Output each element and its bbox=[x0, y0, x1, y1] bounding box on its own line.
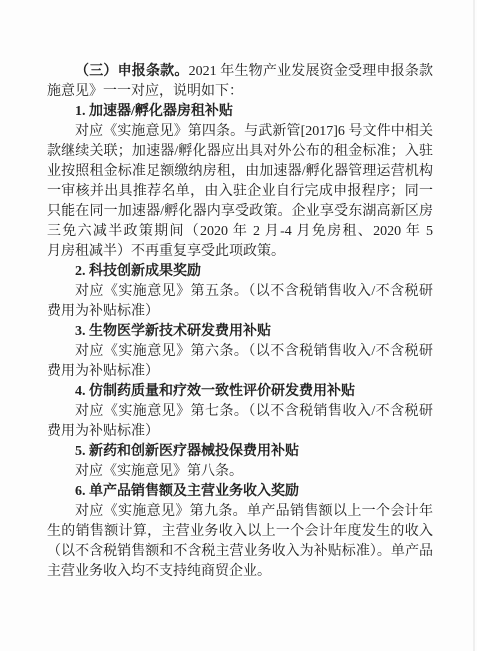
section-2-line-2: 费用为补贴标准） bbox=[47, 302, 433, 322]
intro-clause-title: （三）申报条款。 bbox=[75, 64, 189, 79]
intro-line-1: （三）申报条款。2021 年生物产业发展资金受理申报条款与《实 bbox=[47, 62, 433, 82]
section-6-line-4: 主营业务收入均不支持纯商贸企业。 bbox=[47, 562, 433, 582]
section-1-line-5: 只能在同一加速器/孵化器内享受政策。企业享受东湖高新区房租 bbox=[47, 202, 433, 222]
section-6-line-2: 生的销售额计算，主营业务收入以上一个会计年度发生的收入计算 bbox=[47, 522, 433, 542]
section-3-line-1: 对应《实施意见》第六条。（以不含税销售收入/不含税研发 bbox=[47, 342, 433, 362]
section-4-line-2: 费用为补贴标准） bbox=[47, 422, 433, 442]
section-4-line-1: 对应《实施意见》第七条。（以不含税销售收入/不含税研发 bbox=[47, 402, 433, 422]
section-2-heading: 2. 科技创新成果奖励 bbox=[47, 262, 433, 282]
document-page: （三）申报条款。2021 年生物产业发展资金受理申报条款与《实 施意见》一一对应… bbox=[0, 0, 477, 651]
section-1-line-4: 一审核并出具推荐名单，由入驻企业自行完成申报程序；同一企业 bbox=[47, 182, 433, 202]
section-1-line-6: 三免六减半政策期间（2020 年 2 月-4 月免房租、2020 年 5 月-1… bbox=[47, 222, 433, 242]
section-4-heading: 4. 仿制药质量和疗效一致性评价研发费用补贴 bbox=[47, 382, 433, 402]
section-6-line-3: （以不含税销售额和不含税主营业务收入为补贴标准）。单产品跟 bbox=[47, 542, 433, 562]
section-6-line-1: 对应《实施意见》第九条。单产品销售额以上一个会计年度发 bbox=[47, 502, 433, 522]
section-3-heading: 3. 生物医学新技术研发费用补贴 bbox=[47, 322, 433, 342]
section-1-line-3: 业按照租金标准足额缴纳房租，由加速器/孵化器管理运营机构统 bbox=[47, 162, 433, 182]
section-5-heading: 5. 新药和创新医疗器械投保费用补贴 bbox=[47, 442, 433, 462]
scan-edge-artifact bbox=[473, 0, 475, 651]
section-2-line-1: 对应《实施意见》第五条。（以不含税销售收入/不含税研发 bbox=[47, 282, 433, 302]
intro-line-2: 施意见》一一对应，说明如下： bbox=[47, 82, 433, 102]
section-3-line-2: 费用为补贴标准） bbox=[47, 362, 433, 382]
section-1-line-2: 款继续关联；加速器/孵化器应出具对外公布的租金标准；入驻企 bbox=[47, 142, 433, 162]
section-1-heading: 1. 加速器/孵化器房租补贴 bbox=[47, 102, 433, 122]
section-5-line-1: 对应《实施意见》第八条。 bbox=[47, 462, 433, 482]
section-6-heading: 6. 单产品销售额及主营业务收入奖励 bbox=[47, 482, 433, 502]
section-1-line-7: 月房租减半）不再重复享受此项政策。 bbox=[47, 242, 433, 262]
section-1-line-1: 对应《实施意见》第四条。与武新管[2017]6 号文件中相关条 bbox=[47, 122, 433, 142]
document-text-block: （三）申报条款。2021 年生物产业发展资金受理申报条款与《实 施意见》一一对应… bbox=[47, 62, 433, 582]
